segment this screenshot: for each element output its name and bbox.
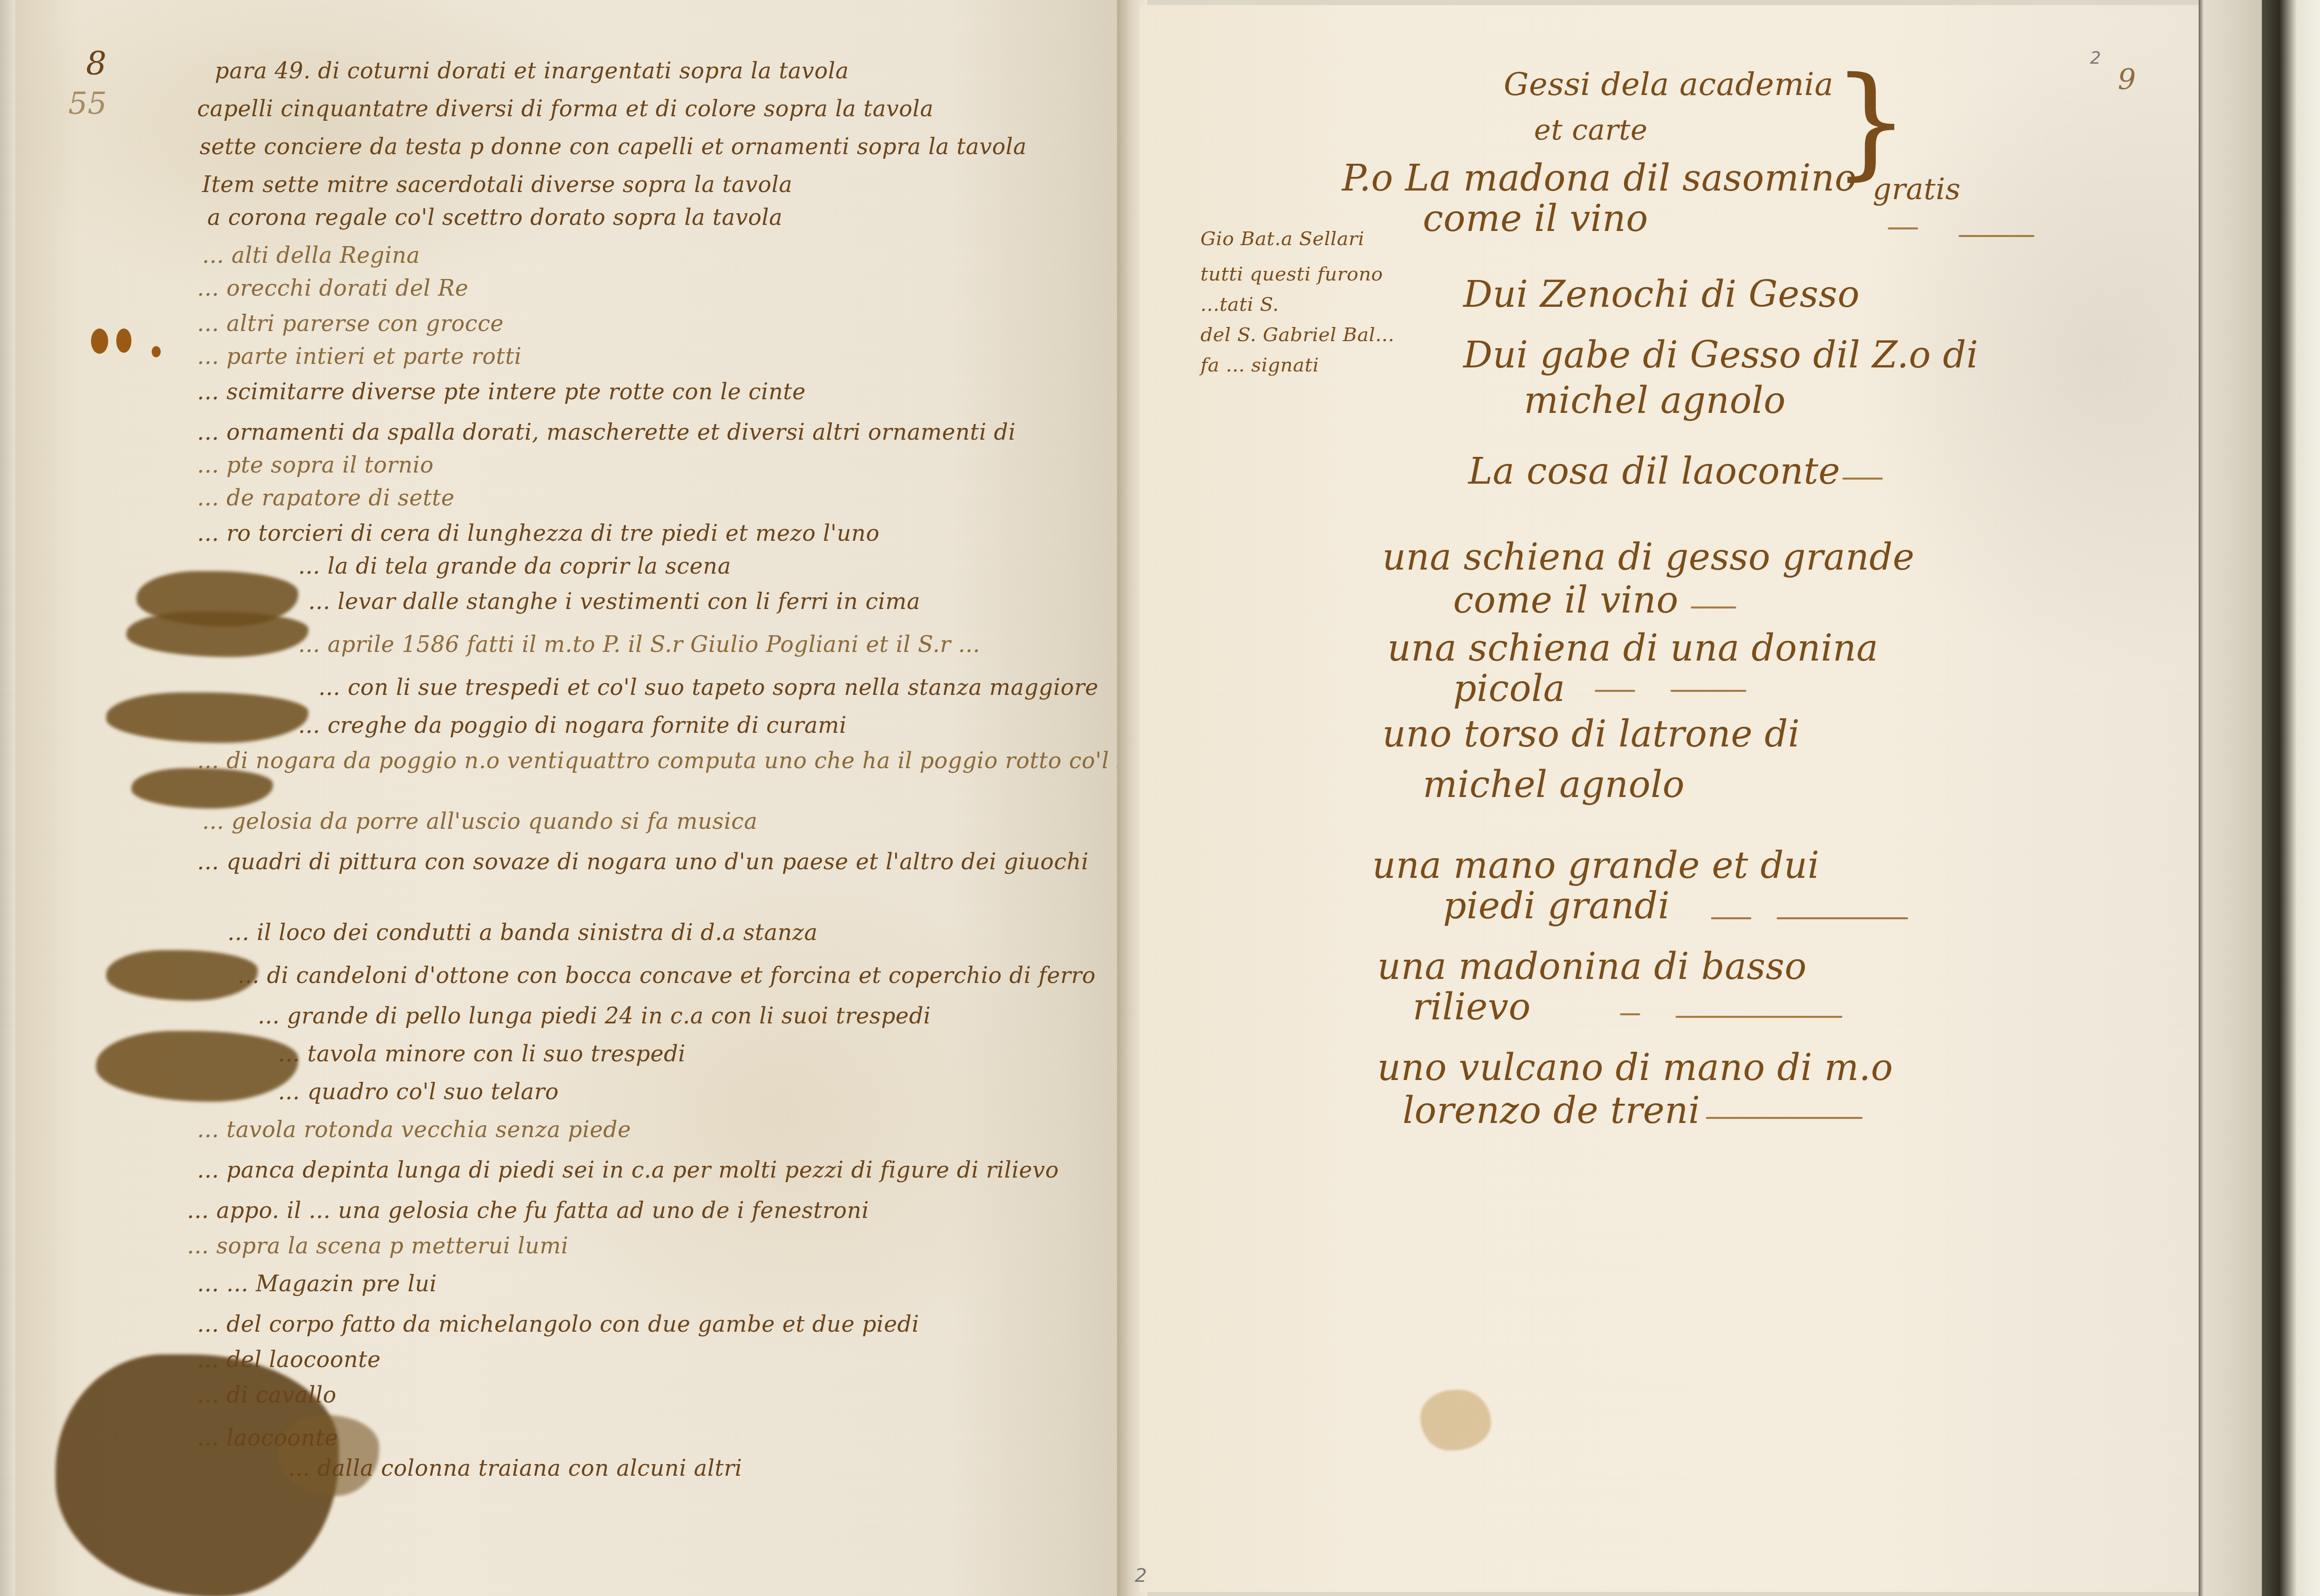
inventory-line: ... aprile 1586 fatti il m.to P. il S.r …: [298, 632, 980, 658]
item-line: uno vulcano di mano di m.o: [1377, 1046, 1893, 1089]
right-pencil-number: 2: [2090, 48, 2101, 68]
ink-blot: [106, 692, 308, 743]
inventory-line: ... altri parerse con grocce: [197, 311, 504, 337]
ink-blot: [106, 950, 258, 1001]
gutter-pencil-number: 2: [1135, 1564, 1147, 1586]
margin-note-line: del S. Gabriel Bal...: [1200, 323, 1395, 346]
item-continuation: come il vino: [1423, 197, 1648, 240]
tally-dash: [1671, 690, 1746, 692]
tally-dash: [1888, 227, 1918, 229]
item-line: P.o La madona dil sasomino: [1342, 157, 1857, 199]
tally-dash: [1777, 917, 1908, 919]
page-stack-edge: [2199, 0, 2262, 1596]
tally-dash: [1711, 917, 1751, 919]
heading-line-2: et carte: [1534, 114, 1648, 147]
left-folio-number: 8: [86, 45, 107, 83]
inventory-line: Item sette mitre sacerdotali diverse sop…: [202, 172, 793, 198]
tally-dash: [1595, 690, 1635, 692]
margin-note-line: Gio Bat.a Sellari: [1200, 227, 1364, 250]
inventory-line: ... orecchi dorati del Re: [197, 275, 469, 301]
item-line: una schiena di una donina: [1387, 627, 1878, 669]
inventory-line: ... gelosia da porre all'uscio quando si…: [202, 809, 758, 834]
inventory-line: ... la di tela grande da coprir la scena: [298, 553, 731, 579]
manuscript-spread: 8 55 para 49. di coturni dorati et inarg…: [0, 0, 2320, 1596]
tally-dash: [1706, 1117, 1863, 1119]
inventory-line: ... alti della Regina: [202, 243, 420, 268]
margin-note-line: tutti questi furono: [1200, 263, 1383, 285]
left-margin-mark: 55: [68, 86, 107, 121]
ink-drop: [91, 328, 108, 354]
item-continuation: michel agnolo: [1423, 763, 1685, 806]
item-continuation: come il vino: [1453, 579, 1679, 621]
item-continuation: michel agnolo: [1524, 379, 1786, 421]
right-page: 2 9 Gessi dela academia et carte } grati…: [1140, 5, 2199, 1592]
tally-dash: [1676, 1016, 1842, 1018]
inventory-line: ... appo. il ... una gelosia che fu fatt…: [187, 1198, 869, 1224]
tally-dash: [1691, 606, 1736, 608]
inventory-line: ... parte intieri et parte rotti: [197, 344, 522, 369]
tally-dash: [1959, 235, 2034, 237]
inventory-line: ... di nogara da poggio n.o ventiquattro…: [197, 748, 1184, 774]
item-continuation: lorenzo de treni: [1403, 1089, 1700, 1132]
item-line: una schiena di gesso grande: [1382, 536, 1915, 578]
bracket-note: gratis: [1873, 172, 1961, 206]
ink-drop: [116, 328, 131, 353]
inventory-line: para 49. di coturni dorati et inargentat…: [215, 58, 849, 84]
inventory-line: ... quadri di pittura con sovaze di noga…: [197, 849, 1089, 875]
inventory-line: ... con li sue trespedi et co'l suo tape…: [318, 675, 1098, 700]
inventory-line: ... panca depinta lunga di piedi sei in …: [197, 1157, 1059, 1183]
inventory-line: ... de rapatore di sette: [197, 485, 454, 511]
inventory-line: ... di cavallo: [197, 1382, 337, 1408]
item-line: Dui gabe di Gesso dil Z.o di: [1463, 334, 1978, 376]
inventory-line: ... dalla colonna traiana con alcuni alt…: [288, 1456, 742, 1481]
inventory-line: ... ro torcieri di cera di lunghezza di …: [197, 521, 879, 546]
ink-blot: [126, 612, 308, 657]
inventory-line: capelli cinquantatre diversi di forma et…: [197, 96, 934, 122]
heading-line-1: Gessi dela academia: [1504, 66, 1833, 103]
ink-blot: [96, 1031, 298, 1102]
item-continuation: rilievo: [1413, 985, 1531, 1028]
item-line: uno torso di latrone di: [1382, 713, 1800, 755]
margin-note-line: fa ... signati: [1200, 354, 1319, 376]
item-line: La cosa dil laoconte: [1468, 450, 1840, 492]
inventory-line: ... laocoonte: [197, 1425, 338, 1451]
ink-blot: [131, 768, 273, 809]
tally-dash: [1842, 478, 1883, 480]
inventory-line: ... sopra la scena p metterui lumi: [187, 1233, 569, 1259]
item-continuation: piedi grandi: [1443, 884, 1670, 927]
inventory-line: ... grande di pello lunga piedi 24 in c.…: [258, 1003, 931, 1029]
inventory-line: ... levar dalle stanghe i vestimenti con…: [308, 589, 920, 615]
left-page-edge: [0, 0, 15, 1596]
inventory-line: ... tavola minore con li suo trespedi: [278, 1041, 685, 1067]
inventory-line: ... tavola rotonda vecchia senza piede: [197, 1117, 631, 1143]
inventory-line: ... del laocoonte: [197, 1347, 381, 1373]
water-stain: [1420, 1390, 1491, 1450]
inventory-line: ... ... Magazin pre lui: [197, 1271, 437, 1297]
inventory-line: ... del corpo fatto da michelangolo con …: [197, 1311, 919, 1337]
inventory-line: ... pte sopra il tornio: [197, 452, 434, 478]
ink-drop: [152, 346, 161, 357]
tally-dash: [1620, 1013, 1640, 1015]
item-line: una mano grande et dui: [1372, 844, 1820, 886]
item-line: una madonina di basso: [1377, 945, 1807, 988]
item-line: Dui Zenochi di Gesso: [1463, 273, 1860, 315]
inventory-line: sette conciere da testa p donne con cape…: [200, 134, 1027, 160]
inventory-line: a corona regale co'l scettro dorato sopr…: [207, 205, 782, 230]
inventory-line: ... il loco dei condutti a banda sinistr…: [227, 920, 818, 946]
inventory-line: ... quadro co'l suo telaro: [278, 1079, 559, 1105]
right-folio-number: 9: [2118, 63, 2136, 96]
inventory-line: ... ornamenti da spalla dorati, maschere…: [197, 419, 1016, 445]
item-continuation: picola: [1453, 667, 1565, 710]
page-stack-edge-outer: [2262, 0, 2320, 1596]
inventory-line: ... scimitarre diverse pte intere pte ro…: [197, 379, 806, 405]
left-page: 8 55 para 49. di coturni dorati et inarg…: [15, 0, 1117, 1596]
inventory-line: ... di candeloni d'ottone con bocca conc…: [238, 963, 1096, 989]
margin-note-line: ...tati S.: [1200, 293, 1279, 315]
inventory-line: ... creghe da poggio di nogara fornite d…: [298, 713, 847, 738]
